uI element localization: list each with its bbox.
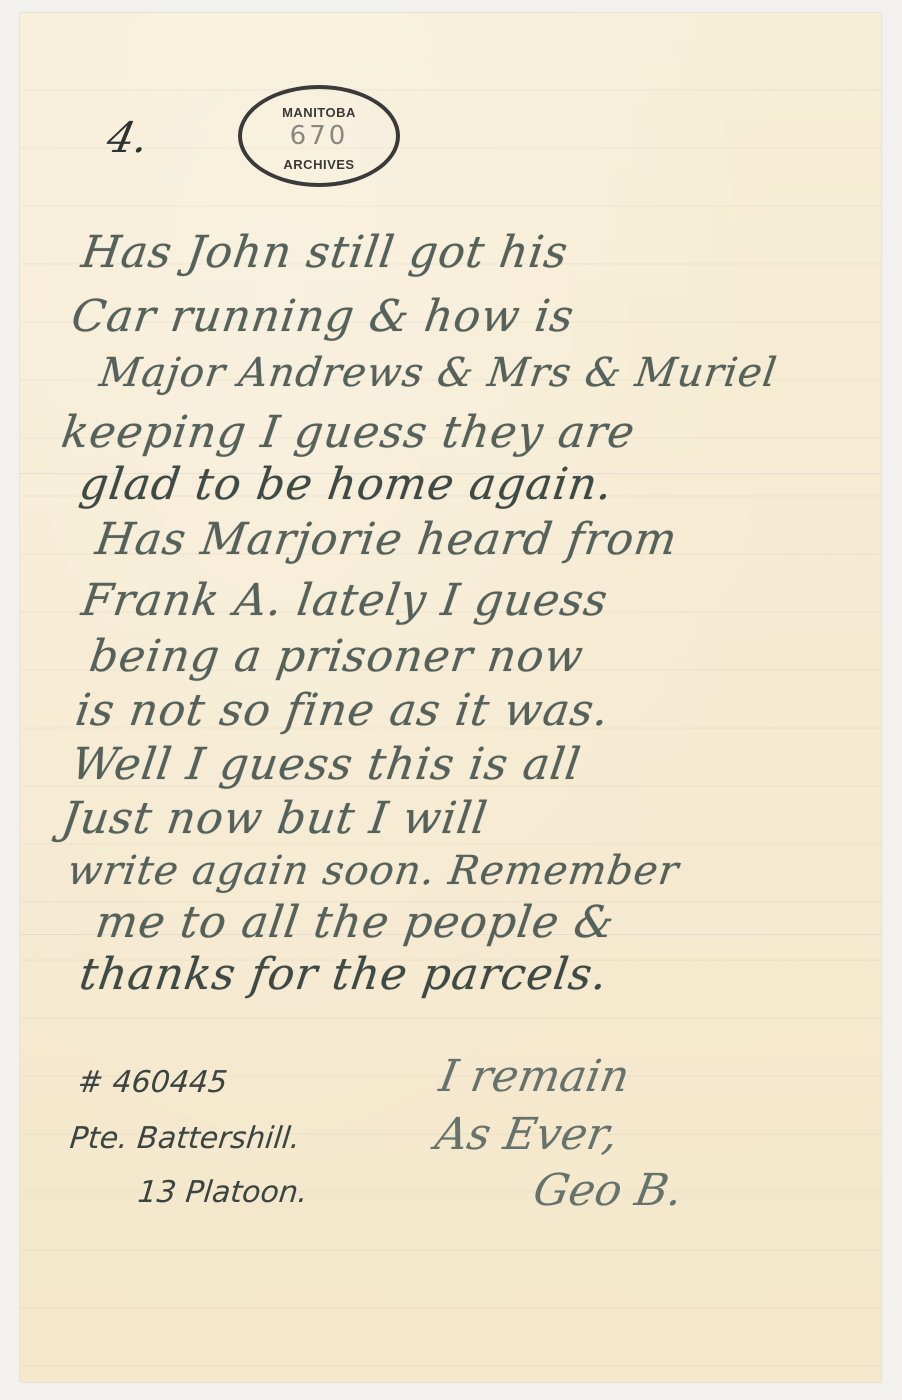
letter-line: me to all the people &	[93, 901, 618, 945]
letter-line: being a prisoner now	[87, 635, 586, 679]
letter-line: Major Andrews & Mrs & Muriel	[97, 353, 779, 393]
letter-line: is not so fine as it was.	[73, 689, 612, 733]
stamp-bottom-text: ARCHIVES	[242, 157, 396, 172]
letter-line: keeping I guess they are	[59, 411, 638, 455]
letter-page: 4. MANITOBA 670 ARCHIVES Has John still …	[20, 13, 881, 1382]
closing-line: As Ever,	[432, 1109, 623, 1160]
page-number: 4.	[103, 113, 153, 162]
signature: Geo B.	[530, 1165, 687, 1216]
letter-line: write again soon. Remember	[65, 851, 681, 891]
letter-line: Just now but I will	[59, 797, 490, 841]
sender-name: Pte. Battershill.	[68, 1121, 302, 1156]
letter-line: Has Marjorie heard from	[93, 518, 680, 562]
service-number: # 460445	[76, 1065, 229, 1100]
letter-line: glad to be home again.	[77, 463, 616, 507]
stamp-number: 670	[242, 121, 396, 151]
letter-line: thanks for the parcels.	[77, 953, 611, 997]
sender-unit: 13 Platoon.	[136, 1175, 309, 1210]
letter-line: Well I guess this is all	[69, 743, 584, 787]
letter-line: Has John still got his	[79, 231, 571, 275]
closing-line: I remain	[436, 1051, 634, 1102]
archive-stamp: MANITOBA 670 ARCHIVES	[238, 85, 400, 187]
stamp-top-text: MANITOBA	[242, 105, 396, 120]
letter-line: Car running & how is	[69, 295, 577, 339]
letter-line: Frank A. lately I guess	[79, 579, 611, 623]
